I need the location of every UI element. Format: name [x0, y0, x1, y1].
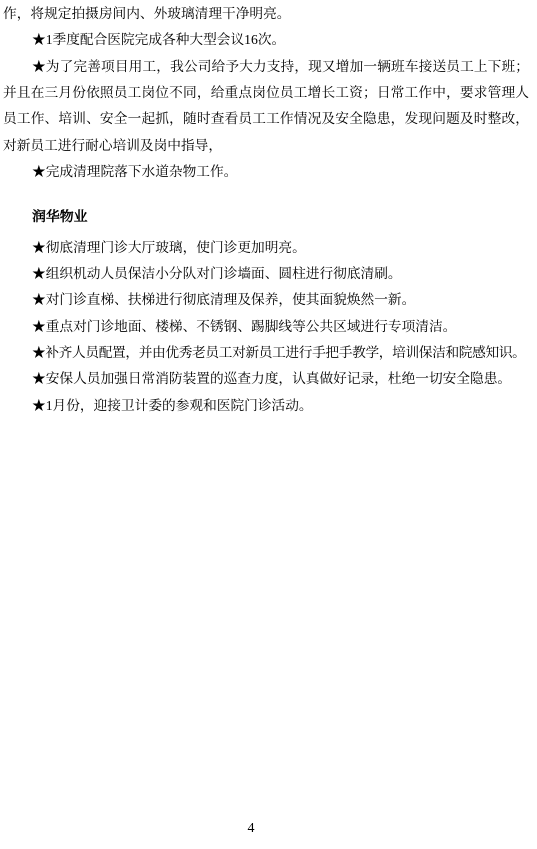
bullet-item: ★重点对门诊地面、楼梯、不锈钢、踢脚线等公共区域进行专项清洁。 [3, 314, 529, 340]
section-heading: 润华物业 [3, 205, 529, 231]
document-page: 作，将规定拍摄房间内、外玻璃清理干净明亮。 ★1季度配合医院完成各种大型会议16… [0, 0, 537, 849]
paragraph-continuation: 作，将规定拍摄房间内、外玻璃清理干净明亮。 [3, 1, 529, 27]
bullet-item: ★1月份，迎接卫计委的参观和医院门诊活动。 [3, 393, 529, 419]
bullet-item: ★安保人员加强日常消防装置的巡查力度，认真做好记录，杜绝一切安全隐患。 [3, 366, 529, 392]
bullet-item: ★1季度配合医院完成各种大型会议16次。 [3, 27, 529, 53]
bullet-item: ★组织机动人员保洁小分队对门诊墙面、圆柱进行彻底清刷。 [3, 261, 529, 287]
bullet-item: ★完成清理院落下水道杂物工作。 [3, 159, 529, 185]
bullet-item: ★补齐人员配置，并由优秀老员工对新员工进行手把手教学，培训保洁和院感知识。 [3, 340, 529, 366]
bullet-item: ★为了完善项目用工，我公司给予大力支持，现又增加一辆班车接送员工上下班；并且在三… [3, 54, 529, 159]
bullet-item: ★彻底清理门诊大厅玻璃，使门诊更加明亮。 [3, 235, 529, 261]
document-body: 作，将规定拍摄房间内、外玻璃清理干净明亮。 ★1季度配合医院完成各种大型会议16… [0, 0, 537, 419]
page-number: 4 [0, 821, 502, 837]
bullet-item: ★对门诊直梯、扶梯进行彻底清理及保养，使其面貌焕然一新。 [3, 287, 529, 313]
